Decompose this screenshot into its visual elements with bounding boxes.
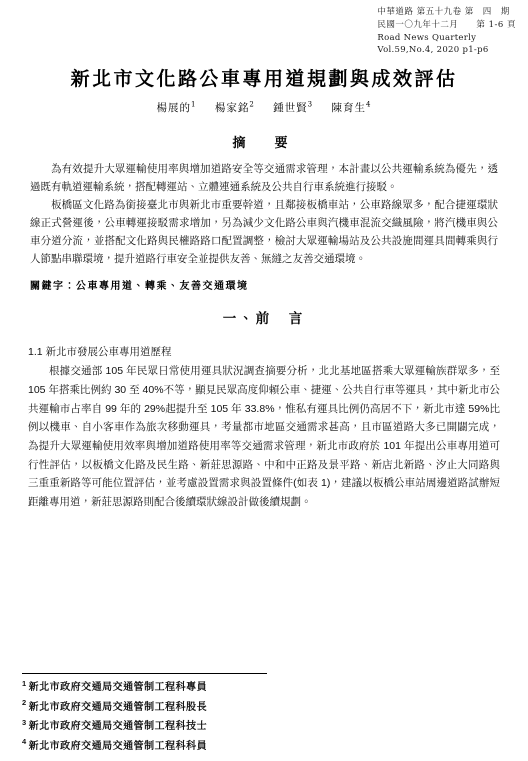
footnote-3-text: 新北市政府交通局交通管制工程科技士 (29, 721, 208, 732)
author-1-superscript: 1 (191, 101, 196, 109)
footnote-3-superscript: 3 (22, 718, 27, 727)
author-4-superscript: 4 (366, 101, 371, 109)
author-line: 楊展的1 楊家銘2 鍾世賢3 陳育生4 (0, 100, 528, 115)
author-2-name: 楊家銘 (215, 102, 250, 114)
author-4: 陳育生4 (331, 102, 371, 114)
subsection-1-1-heading: 1.1 新北市發展公車專用道歷程 (28, 344, 500, 359)
footnote-4: 4新北市政府交通局交通管制工程科科員 (22, 737, 500, 757)
abstract-body: 為有效提升大眾運輸使用率與增加道路安全等交通需求管理，本計畫以公共運輸系統為優先… (30, 160, 498, 268)
paper-page: 中華道路 第五十九卷 第 四 期 民國一〇九年十二月 第 1-6 頁 Road … (0, 0, 528, 761)
abstract-paragraph-1: 為有效提升大眾運輸使用率與增加道路安全等交通需求管理，本計畫以公共運輸系統為優先… (30, 160, 498, 196)
footnote-1-superscript: 1 (22, 679, 27, 688)
author-3-superscript: 3 (308, 101, 313, 109)
footnote-3: 3新北市政府交通局交通管制工程科技士 (22, 717, 500, 737)
journal-header-line1: 中華道路 第五十九卷 第 四 期 (377, 6, 516, 19)
journal-header-line2: 民國一〇九年十二月 第 1-6 頁 (377, 19, 516, 32)
author-2-superscript: 2 (249, 101, 254, 109)
journal-name-english: Road News Quarterly (377, 32, 516, 45)
author-1: 楊展的1 (157, 102, 197, 114)
journal-volume-info: Vol.59,No.4, 2020 p1-p6 (377, 44, 516, 57)
section-1-paragraph: 根據交通部 105 年民眾日常使用運具狀況調查摘要分析，北北基地區搭乘大眾運輸族… (28, 362, 500, 512)
footnote-2-superscript: 2 (22, 698, 27, 707)
footnote-2: 2新北市政府交通局交通管制工程科股長 (22, 698, 500, 718)
footnote-4-text: 新北市政府交通局交通管制工程科科員 (29, 741, 208, 752)
author-3-name: 鍾世賢 (273, 102, 308, 114)
journal-header: 中華道路 第五十九卷 第 四 期 民國一〇九年十二月 第 1-6 頁 Road … (377, 6, 516, 57)
abstract-paragraph-2: 板橋區文化路為銜接臺北市與新北市重要幹道，且鄰接板橋車站，公車路線眾多，配合捷運… (30, 196, 498, 268)
abstract-heading: 摘 要 (0, 132, 528, 151)
footnote-1: 1新北市政府交通局交通管制工程科專員 (22, 678, 500, 698)
footnote-divider (22, 673, 267, 674)
footnotes-block: 1新北市政府交通局交通管制工程科專員 2新北市政府交通局交通管制工程科股長 3新… (22, 673, 500, 756)
footnote-2-text: 新北市政府交通局交通管制工程科股長 (29, 702, 208, 713)
footnote-4-superscript: 4 (22, 737, 27, 746)
footnote-1-text: 新北市政府交通局交通管制工程科專員 (29, 682, 208, 693)
section-1-heading: 一、前 言 (0, 307, 528, 327)
author-3: 鍾世賢3 (273, 102, 313, 114)
author-2: 楊家銘2 (215, 102, 255, 114)
author-1-name: 楊展的 (157, 102, 192, 114)
keywords-line: 關鍵字：公車專用道、轉乘、友善交通環境 (30, 277, 498, 292)
paper-title: 新北市文化路公車專用道規劃與成效評估 (20, 64, 508, 91)
author-4-name: 陳育生 (331, 102, 366, 114)
